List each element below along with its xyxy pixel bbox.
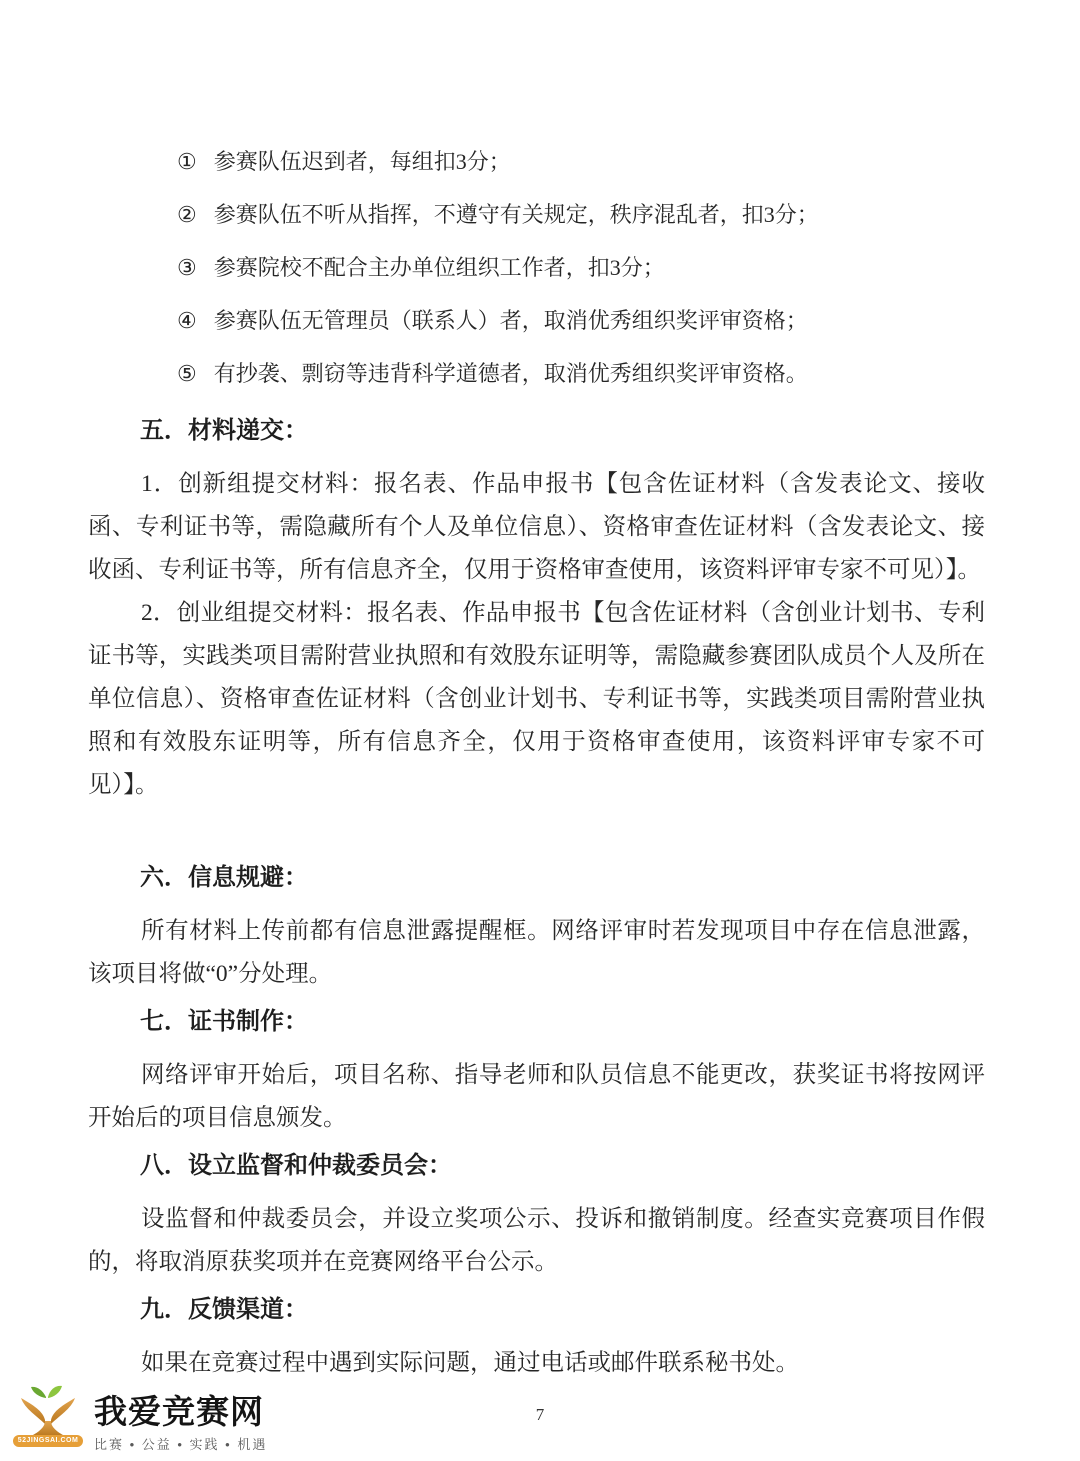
list-item-text: 有抄袭、剽窃等违背科学道德者，取消优秀组织奖评审资格。 bbox=[214, 361, 808, 386]
section-materials-submission: 五．材料递交： 1．创新组提交材料：报名表、作品申报书【包含佐证材料（含发表论文… bbox=[88, 415, 985, 807]
section-heading: 九．反馈渠道： bbox=[140, 1294, 985, 1326]
site-logo: 52JINGSAI.COM 我爱竞赛网 比赛 • 公益 • 实践 • 机遇 bbox=[12, 1385, 267, 1453]
logo-domain-badge: 52JINGSAI.COM bbox=[13, 1435, 83, 1447]
trophy-hourglass-icon bbox=[16, 1385, 80, 1437]
paragraph: 所有材料上传前都有信息泄露提醒框。网络评审时若发现项目中存在信息泄露，该项目将做… bbox=[88, 910, 985, 996]
list-item-number: ③ bbox=[177, 253, 197, 283]
leaf-icon bbox=[48, 1386, 62, 1398]
section-heading: 五．材料递交： bbox=[140, 415, 985, 447]
section-feedback-channel: 九．反馈渠道： 如果在竞赛过程中遇到实际问题，通过电话或邮件联系秘书处。 bbox=[88, 1294, 985, 1385]
list-item-number: ① bbox=[177, 147, 197, 177]
paragraph: 1．创新组提交材料：报名表、作品申报书【包含佐证材料（含发表论文、接收函、专利证… bbox=[88, 463, 985, 592]
list-item: ④参赛队伍无管理员（联系人）者，取消优秀组织奖评审资格； bbox=[177, 306, 985, 336]
deduction-list: ①参赛队伍迟到者，每组扣3分； ②参赛队伍不听从指挥，不遵守有关规定，秩序混乱者… bbox=[177, 147, 985, 389]
list-item-text: 参赛队伍不听从指挥，不遵守有关规定，秩序混乱者，扣3分； bbox=[214, 202, 819, 227]
document-content: ①参赛队伍迟到者，每组扣3分； ②参赛队伍不听从指挥，不遵守有关规定，秩序混乱者… bbox=[0, 0, 1080, 1385]
page-number: 7 bbox=[536, 1405, 545, 1425]
list-item: ③参赛院校不配合主办单位组织工作者，扣3分； bbox=[177, 253, 985, 283]
section-heading: 六．信息规避： bbox=[140, 862, 985, 894]
logo-text: 我爱竞赛网 比赛 • 公益 • 实践 • 机遇 bbox=[94, 1385, 267, 1453]
section-heading: 八．设立监督和仲裁委员会： bbox=[140, 1150, 985, 1182]
document-page: ①参赛队伍迟到者，每组扣3分； ②参赛队伍不听从指挥，不遵守有关规定，秩序混乱者… bbox=[0, 0, 1080, 1461]
leaf-icon bbox=[31, 1387, 46, 1398]
list-item: ②参赛队伍不听从指挥，不遵守有关规定，秩序混乱者，扣3分； bbox=[177, 200, 985, 230]
paragraph: 2．创业组提交材料：报名表、作品申报书【包含佐证材料（含创业计划书、专利证书等，… bbox=[88, 592, 985, 807]
section-supervision-arbitration: 八．设立监督和仲裁委员会： 设监督和仲裁委员会，并设立奖项公示、投诉和撤销制度。… bbox=[88, 1150, 985, 1284]
section-information-avoidance: 六．信息规避： 所有材料上传前都有信息泄露提醒框。网络评审时若发现项目中存在信息… bbox=[88, 862, 985, 996]
trophy-logo-icon: 52JINGSAI.COM bbox=[12, 1385, 84, 1447]
site-tagline: 比赛 • 公益 • 实践 • 机遇 bbox=[94, 1434, 267, 1453]
list-item-text: 参赛院校不配合主办单位组织工作者，扣3分； bbox=[214, 255, 665, 280]
section-heading: 七．证书制作： bbox=[140, 1006, 985, 1038]
site-name: 我爱竞赛网 bbox=[94, 1395, 267, 1429]
list-item-text: 参赛队伍无管理员（联系人）者，取消优秀组织奖评审资格； bbox=[214, 308, 808, 333]
list-item-number: ④ bbox=[177, 306, 197, 336]
section-certificate-production: 七．证书制作： 网络评审开始后，项目名称、指导老师和队员信息不能更改，获奖证书将… bbox=[88, 1006, 985, 1140]
paragraph: 设监督和仲裁委员会，并设立奖项公示、投诉和撤销制度。经查实竞赛项目作假的，将取消… bbox=[88, 1198, 985, 1284]
list-item: ⑤有抄袭、剽窃等违背科学道德者，取消优秀组织奖评审资格。 bbox=[177, 359, 985, 389]
list-item-text: 参赛队伍迟到者，每组扣3分； bbox=[214, 149, 511, 174]
paragraph: 如果在竞赛过程中遇到实际问题，通过电话或邮件联系秘书处。 bbox=[88, 1342, 985, 1385]
list-item-number: ② bbox=[177, 200, 197, 230]
paragraph: 网络评审开始后，项目名称、指导老师和队员信息不能更改，获奖证书将按网评开始后的项… bbox=[88, 1054, 985, 1140]
list-item-number: ⑤ bbox=[177, 359, 197, 389]
list-item: ①参赛队伍迟到者，每组扣3分； bbox=[177, 147, 985, 177]
